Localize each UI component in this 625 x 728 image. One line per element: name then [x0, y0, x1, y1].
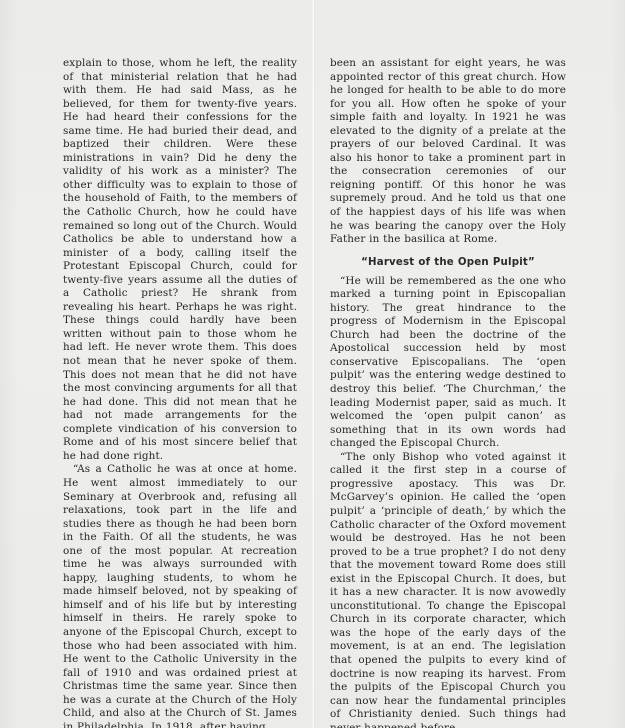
paragraph: explain to those, whom he left, the real…: [63, 57, 297, 463]
paragraph: “The only Bishop who voted against it ca…: [330, 451, 566, 728]
paragraph: “He will be remembered as the one who ma…: [330, 275, 566, 451]
paragraph: been an assistant for eight years, he wa…: [330, 57, 566, 247]
paragraph: “As a Catholic he was at once at home. H…: [63, 463, 297, 728]
page-fold-crease: [312, 0, 315, 728]
section-heading: “Harvest of the Open Pulpit”: [330, 256, 566, 269]
scanned-page: explain to those, whom he left, the real…: [0, 0, 625, 728]
right-text-column: been an assistant for eight years, he wa…: [330, 57, 566, 728]
left-text-column: explain to those, whom he left, the real…: [63, 57, 297, 728]
